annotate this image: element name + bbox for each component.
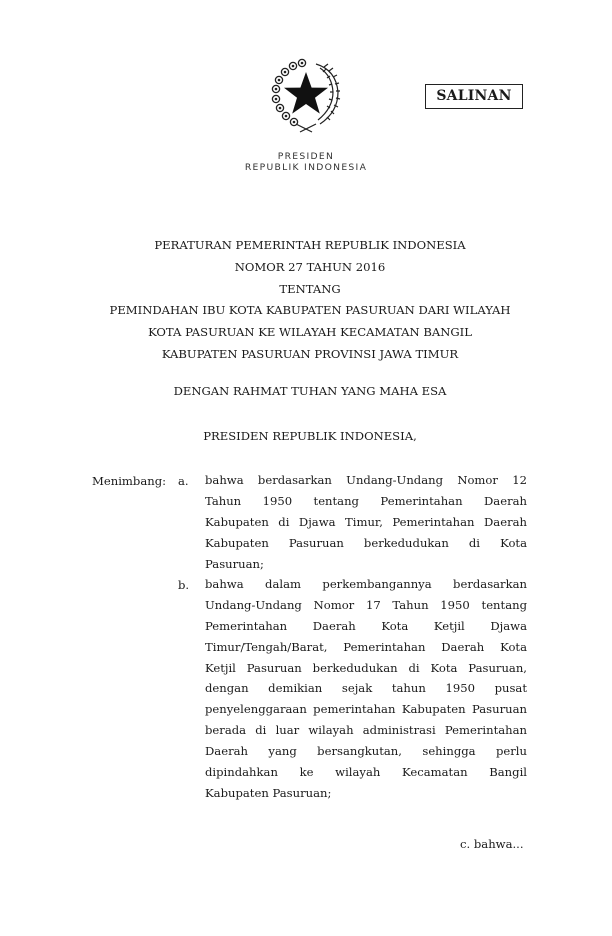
paragraph-line: berada di luar wilayah administrasi Peme… bbox=[205, 720, 527, 741]
title-line: TENTANG bbox=[60, 279, 560, 301]
title-line: KABUPATEN PASURUAN PROVINSI JAWA TIMUR bbox=[60, 344, 560, 366]
paragraph-line: bahwa berdasarkan Undang-Undang Nomor 12 bbox=[205, 470, 527, 491]
paragraph-line: bahwa dalam perkembangannya berdasarkan bbox=[205, 574, 527, 595]
paragraph-line: Tahun 1950 tentang Pemerintahan Daerah bbox=[205, 491, 527, 512]
paragraph-line: Ketjil Pasuruan berkedudukan di Kota Pas… bbox=[205, 658, 527, 679]
paragraph-line: Kabupaten Pasuruan berkedudukan di Kota bbox=[205, 533, 527, 554]
title-line: KOTA PASURUAN KE WILAYAH KECAMATAN BANGI… bbox=[60, 322, 560, 344]
regulation-title: PERATURAN PEMERINTAH REPUBLIK INDONESIA … bbox=[60, 235, 560, 366]
title-line: PEMINDAHAN IBU KOTA KABUPATEN PASURUAN D… bbox=[60, 300, 560, 322]
paragraph-line: Pemerintahan Daerah Kota Ketjil Djawa bbox=[205, 616, 527, 637]
issuer-label: PRESIDEN REPUBLIK INDONESIA bbox=[200, 151, 412, 173]
title-line: NOMOR 27 TAHUN 2016 bbox=[60, 257, 560, 279]
copy-stamp: SALINAN bbox=[425, 84, 523, 109]
invocation-text: DENGAN RAHMAT TUHAN YANG MAHA ESA bbox=[60, 384, 560, 398]
paragraph-line: Daerah yang bersangkutan, sehingga perlu bbox=[205, 741, 527, 762]
page-continuation: c. bahwa... bbox=[460, 837, 524, 851]
paragraph-line: dengan demikian sejak tahun 1950 pusat bbox=[205, 678, 527, 699]
consideration-letter-b: b. bbox=[178, 578, 189, 592]
paragraph-line: Undang-Undang Nomor 17 Tahun 1950 tentan… bbox=[205, 595, 527, 616]
issuer-office: PRESIDEN bbox=[200, 151, 412, 162]
considerations-label: Menimbang: bbox=[92, 474, 166, 488]
paragraph-line: dipindahkan ke wilayah Kecamatan Bangil bbox=[205, 762, 527, 783]
title-line: PERATURAN PEMERINTAH REPUBLIK INDONESIA bbox=[60, 235, 560, 257]
paragraph-line: penyelenggaraan pemerintahan Kabupaten P… bbox=[205, 699, 527, 720]
paragraph-line: Pasuruan; bbox=[205, 554, 527, 575]
document-page: PRESIDEN REPUBLIK INDONESIA SALINAN PERA… bbox=[0, 0, 612, 936]
issuer-country: REPUBLIK INDONESIA bbox=[200, 162, 412, 173]
paragraph-line: Kabupaten Pasuruan; bbox=[205, 783, 527, 804]
consideration-item-a: bahwa berdasarkan Undang-Undang Nomor 12… bbox=[205, 470, 527, 574]
consideration-item-b: bahwa dalam perkembangannya berdasarkan … bbox=[205, 574, 527, 804]
authority-text: PRESIDEN REPUBLIK INDONESIA, bbox=[60, 429, 560, 443]
garuda-star-emblem-icon bbox=[266, 56, 346, 136]
paragraph-line: Kabupaten di Djawa Timur, Pemerintahan D… bbox=[205, 512, 527, 533]
consideration-letter-a: a. bbox=[178, 474, 189, 488]
paragraph-line: Timur/Tengah/Barat, Pemerintahan Daerah … bbox=[205, 637, 527, 658]
